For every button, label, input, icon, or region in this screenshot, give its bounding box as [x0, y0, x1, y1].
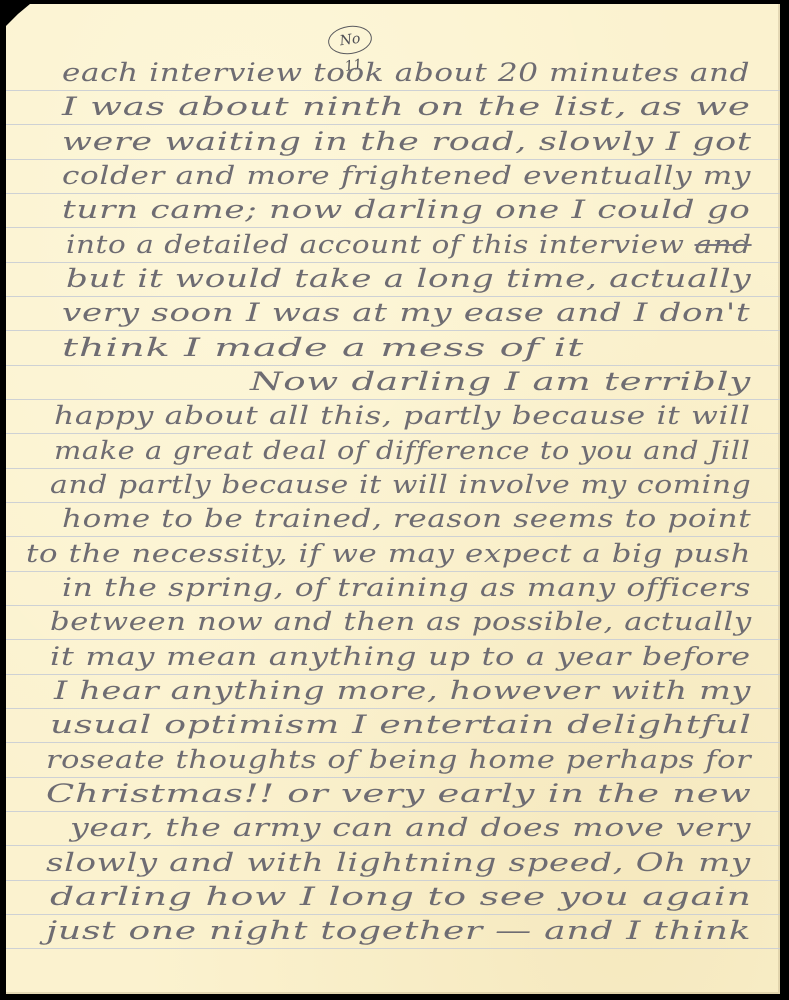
- ruled-line: [6, 90, 780, 91]
- ruled-line: [6, 914, 780, 915]
- handwritten-line: in the spring, of training as many offic…: [62, 573, 751, 602]
- ruled-line: [6, 811, 780, 812]
- ruled-line: [6, 571, 780, 572]
- handwritten-line: each interview took about 20 minutes and: [62, 58, 750, 87]
- struck-word: and: [694, 230, 751, 259]
- ruled-line: [6, 674, 780, 675]
- handwritten-line: darling how I long to see you again: [50, 882, 752, 911]
- handwritten-line: just one night together — and I think: [46, 916, 751, 945]
- handwritten-line: very soon I was at my ease and I don't: [62, 298, 750, 327]
- ruled-line: [6, 365, 780, 366]
- handwritten-line: Christmas!! or very early in the new: [46, 779, 752, 808]
- handwritten-line: were waiting in the road, slowly I got: [62, 127, 752, 156]
- handwritten-line: year, the army can and does move very: [70, 813, 751, 842]
- ruled-line: [6, 262, 780, 263]
- ruled-line: [6, 399, 780, 400]
- handwritten-line: Now darling I am terribly: [250, 367, 751, 396]
- ruled-line: [6, 227, 780, 228]
- ruled-line: [6, 536, 780, 537]
- ruled-line: [6, 639, 780, 640]
- ruled-line: [6, 159, 780, 160]
- handwritten-line: between now and then as possible, actual…: [50, 607, 752, 636]
- handwritten-line: slowly and with lightning speed, Oh my: [46, 848, 751, 877]
- ruled-line: [6, 433, 780, 434]
- handwritten-line: colder and more frightened eventually my: [62, 161, 751, 190]
- ruled-line: [6, 880, 780, 881]
- handwritten-line: home to be trained, reason seems to poin…: [62, 504, 751, 533]
- page-number: No 11: [326, 23, 373, 57]
- ruled-line: [6, 296, 780, 297]
- handwritten-line: but it would take a long time, actually: [66, 264, 751, 293]
- handwritten-line: it may mean anything up to a year before: [50, 642, 751, 671]
- ruled-line: [6, 708, 780, 709]
- handwritten-line: turn came; now darling one I could go: [62, 195, 751, 224]
- ruled-line: [6, 777, 780, 778]
- handwritten-line: I was about ninth on the list, as we: [62, 92, 751, 121]
- letter-page: No 11 each interview took about 20 minut…: [6, 4, 780, 994]
- ruled-line: [6, 193, 780, 194]
- handwritten-line: happy about all this, partly because it …: [54, 401, 751, 430]
- handwritten-line: into a detailed account of this intervie…: [66, 230, 752, 259]
- ruled-line: [6, 502, 780, 503]
- handwritten-line: usual optimism I entertain delightful: [50, 710, 752, 739]
- handwritten-line: and partly because it will involve my co…: [50, 470, 751, 499]
- handwritten-line: make a great deal of difference to you a…: [54, 436, 750, 465]
- handwritten-line: I hear anything more, however with my: [54, 676, 751, 705]
- ruled-line: [6, 330, 780, 331]
- handwritten-line: roseate thoughts of being home perhaps f…: [46, 745, 751, 774]
- handwritten-line: to the necessity, if we may expect a big…: [26, 539, 751, 568]
- ruled-line: [6, 948, 780, 949]
- ruled-line: [6, 468, 780, 469]
- handwritten-line: think I made a mess of it: [62, 333, 584, 362]
- ruled-line: [6, 605, 780, 606]
- ruled-line: [6, 742, 780, 743]
- ruled-line: [6, 124, 780, 125]
- ruled-line: [6, 845, 780, 846]
